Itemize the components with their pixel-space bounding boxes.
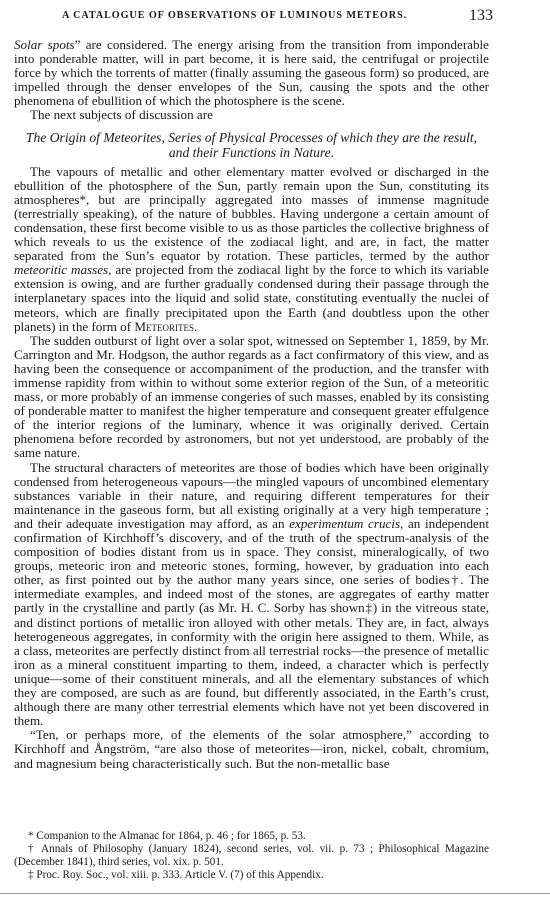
paragraph-text: ” are considered. The energy arising fro…: [14, 37, 489, 108]
footnote-dagger: † Annals of Philosophy (January 1824), s…: [14, 843, 489, 869]
paragraph-vapours: The vapours of metallic and other elemen…: [14, 165, 489, 334]
paragraph-text: , an independent confirmation of Kirchho…: [14, 516, 489, 728]
body-text: Solar spots” are considered. The energy …: [14, 38, 489, 771]
section-heading: The Origin of Meteorites, Series of Phys…: [14, 130, 489, 160]
paragraph-next-subjects: The next subjects of discussion are: [14, 108, 489, 122]
page-number: 133: [469, 7, 493, 25]
italic-lead: Solar spots: [14, 37, 75, 52]
paragraph-quote: “Ten, or perhaps more, of the elements o…: [14, 728, 489, 770]
paragraph-solar-spots: Solar spots” are considered. The energy …: [14, 38, 489, 108]
italic-term: meteoritic masses: [14, 262, 108, 277]
paragraph-text: The vapours of metallic and other elemen…: [14, 164, 489, 264]
footnote-asterisk: * Companion to the Almanac for 1864, p. …: [14, 830, 489, 843]
page-bottom-rule: [0, 893, 550, 894]
paragraph-text: .: [194, 319, 197, 334]
footnotes: * Companion to the Almanac for 1864, p. …: [14, 830, 489, 882]
paragraph-outburst: The sudden outburst of light over a sola…: [14, 334, 489, 461]
running-title: A Catalogue of Observations of Luminous …: [62, 10, 407, 21]
running-head: A Catalogue of Observations of Luminous …: [14, 8, 489, 26]
italic-term: experimentum crucis: [289, 516, 400, 531]
footnote-double-dagger: ‡ Proc. Roy. Soc., vol. xiii. p. 333. Ar…: [14, 869, 489, 882]
smallcaps-term: Meteorites: [134, 319, 194, 334]
paragraph-structural: The structural characters of meteorites …: [14, 461, 489, 729]
